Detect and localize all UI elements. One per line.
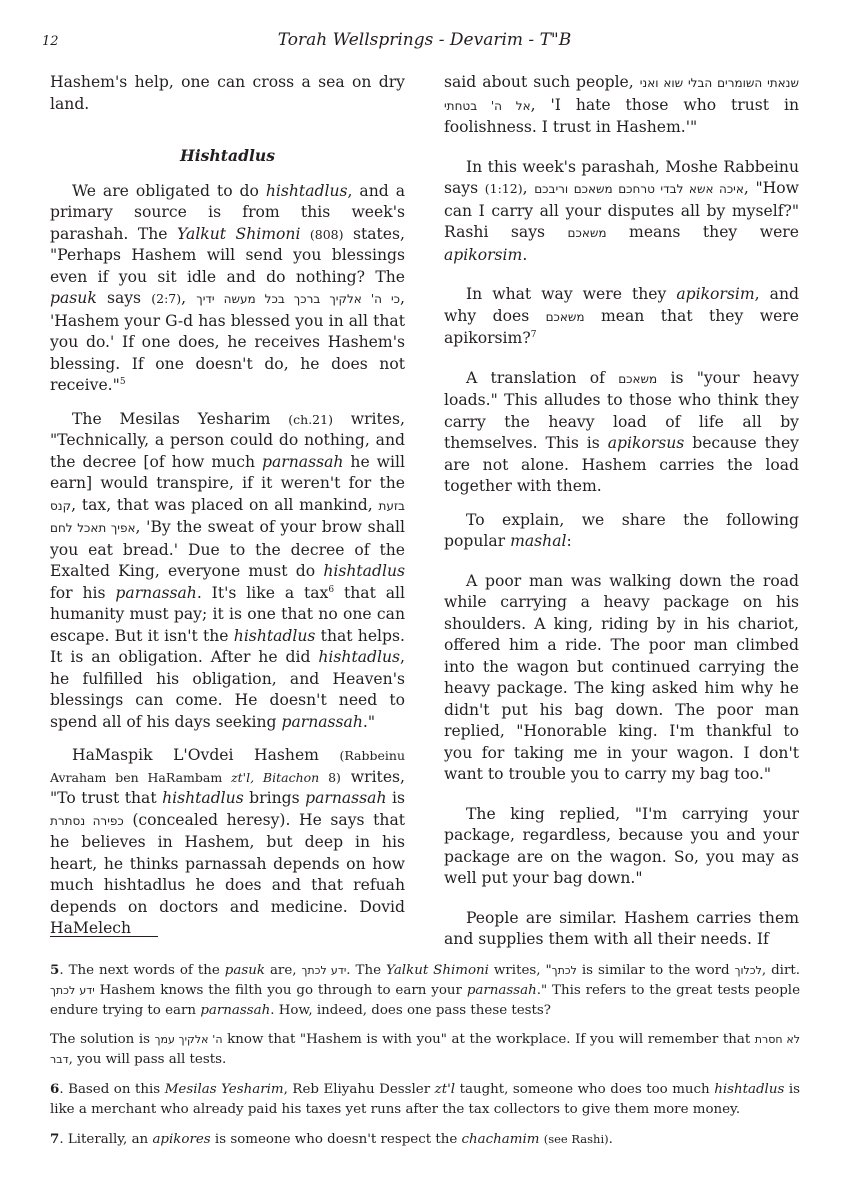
paragraph-continuation: Hashem's help, one can cross a sea on dr… bbox=[50, 72, 405, 115]
footnote-ref-5[interactable]: 5 bbox=[120, 377, 126, 387]
paragraph-hamaspik: HaMaspik L'Ovdei Hashem (Rabbeinu Avraha… bbox=[50, 745, 405, 940]
footnote-6: 6. Based on this Mesilas Yesharim, Reb E… bbox=[50, 1079, 800, 1120]
footnote-ref-7[interactable]: 7 bbox=[531, 330, 537, 340]
hebrew-word: קנס bbox=[50, 499, 71, 513]
running-title: Torah Wellsprings - Devarim - T"B bbox=[0, 30, 849, 50]
paragraph-king-reply: The king replied, "I'm carrying your pac… bbox=[444, 804, 799, 890]
paragraph-question: In what way were they apikorsim, and why… bbox=[444, 284, 799, 350]
paragraph-nimshal: People are similar. Hashem carries them … bbox=[444, 908, 799, 951]
paragraph-translation: A translation of משאכם is "your heavy lo… bbox=[444, 368, 799, 498]
hebrew-word: משאכם bbox=[618, 372, 657, 386]
page-header: 12 Torah Wellsprings - Devarim - T"B bbox=[0, 30, 849, 60]
left-column: Hashem's help, one can cross a sea on dr… bbox=[50, 72, 405, 952]
paragraph-continuation: said about such people, שנאתי השומרים הב… bbox=[444, 72, 799, 139]
right-column: said about such people, שנאתי השומרים הב… bbox=[444, 72, 799, 963]
paragraph-explain: To explain, we share the following popul… bbox=[444, 510, 799, 553]
hebrew-quote: כי ה' אלקיך ברכך בכל מעשה ידיך bbox=[196, 292, 400, 306]
footnotes: 5. The next words of the pasuk are, ידע … bbox=[50, 960, 800, 1159]
footnote-5: 5. The next words of the pasuk are, ידע … bbox=[50, 960, 800, 1021]
paragraph-moshe-rabbeinu: In this week's parashah, Moshe Rabbeinu … bbox=[444, 157, 799, 267]
hebrew-quote: איכה אשא לבדי טרחכם משאכם וריבכם bbox=[534, 182, 744, 196]
footnote-5-continued: The solution is ה' אלקיך עמך know that "… bbox=[50, 1030, 800, 1070]
paragraph-hishtadlus-intro: We are obligated to do hishtadlus, and a… bbox=[50, 181, 405, 397]
hebrew-word: משאכם bbox=[568, 226, 607, 240]
section-heading: Hishtadlus bbox=[50, 145, 405, 167]
hebrew-word: משאכם bbox=[546, 310, 585, 324]
paragraph-mesilas-yesharim: The Mesilas Yesharim (ch.21) writes, "Te… bbox=[50, 409, 405, 734]
footnote-7: 7. Literally, an apikores is someone who… bbox=[50, 1129, 800, 1150]
footnote-separator bbox=[50, 936, 158, 937]
paragraph-mashal: A poor man was walking down the road whi… bbox=[444, 571, 799, 786]
hebrew-phrase: כפירה נסתרת bbox=[50, 814, 124, 828]
